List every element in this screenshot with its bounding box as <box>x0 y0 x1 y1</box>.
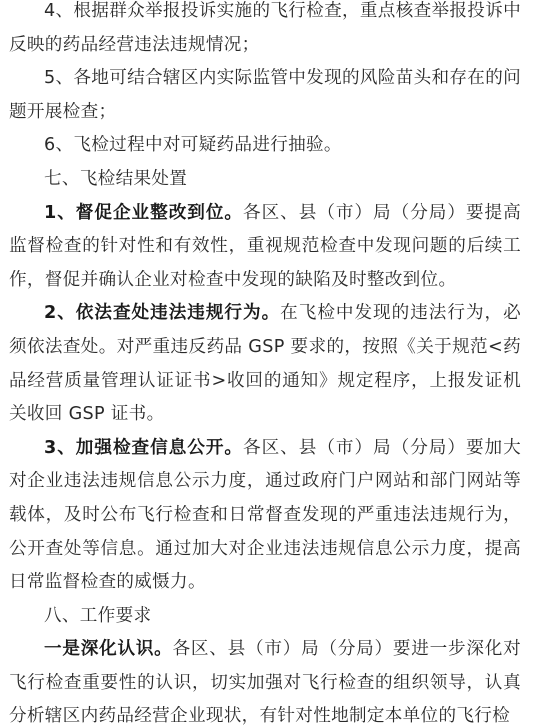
paragraph-awareness: 一是深化认识。各区、县（市）局（分局）要进一步深化对飞行检查重要性的认识，切实加… <box>9 633 521 728</box>
paragraph-rectification: 1、督促企业整改到位。各区、县（市）局（分局）要提高监督检查的针对性和有效性，重… <box>9 197 521 298</box>
paragraph-lead: 2、依法查处违法违规行为。 <box>44 303 280 323</box>
paragraph-lead: 3、加强检查信息公开。 <box>44 438 243 458</box>
paragraph-item-4: 4、根据群众举报投诉实施的飞行检查，重点核查举报投诉中反映的药品经营违法违规情况… <box>9 0 521 62</box>
paragraph-lead: 1、督促企业整改到位。 <box>44 203 243 223</box>
paragraph-item-6: 6、飞检过程中对可疑药品进行抽验。 <box>9 129 521 163</box>
paragraph-lead: 一是深化认识。 <box>44 639 173 659</box>
section-heading-8: 八、工作要求 <box>9 600 521 634</box>
paragraph-disclosure: 3、加强检查信息公开。各区、县（市）局（分局）要加大对企业违法违规信息公示力度，… <box>9 432 521 600</box>
section-heading-7: 七、飞检结果处置 <box>9 163 521 197</box>
paragraph-item-5: 5、各地可结合辖区内实际监管中发现的风险苗头和存在的问题开展检查； <box>9 62 521 129</box>
document-body: 4、根据群众举报投诉实施的飞行检查，重点核查举报投诉中反映的药品经营违法违规情况… <box>9 0 521 728</box>
paragraph-investigation: 2、依法查处违法违规行为。在飞检中发现的违法行为，必须依法查处。对严重违反药品 … <box>9 297 521 431</box>
